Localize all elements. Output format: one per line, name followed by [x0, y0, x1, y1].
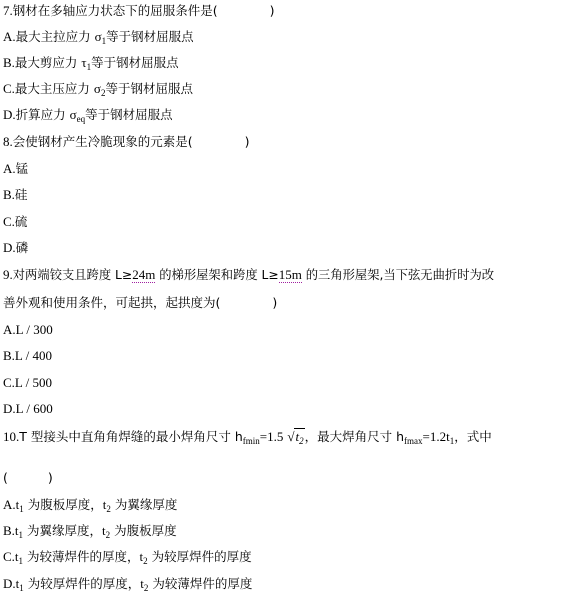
- text-segment: A.: [3, 497, 16, 512]
- text-segment: 硫: [15, 214, 28, 229]
- text-segment: fmax: [404, 436, 423, 446]
- text-segment: 最大剪应力: [15, 55, 78, 70]
- text-segment: L / 400: [15, 348, 52, 363]
- text-segment: eq: [77, 114, 86, 124]
- text-segment: 的梯形屋架和跨度 L≥: [155, 268, 278, 282]
- text-segment: 为翼缘厚度: [111, 497, 177, 512]
- text-segment: 最大主压应力: [15, 81, 90, 96]
- text-segment: 8.: [3, 134, 13, 149]
- text-segment: 锰: [16, 161, 29, 176]
- question-8-option-d: D.磷: [3, 240, 28, 256]
- text-segment: 10.: [3, 429, 19, 444]
- text-segment: 为较厚焊件的厚度，: [24, 576, 140, 591]
- text-segment: B.: [3, 523, 15, 538]
- text-segment: σ: [94, 81, 101, 96]
- question-7-option-c: C.最大主压应力 σ2等于钢材屈服点: [3, 81, 193, 101]
- text-segment: 为较厚焊件的厚度: [148, 549, 252, 564]
- question-7-stem: 7.钢材在多轴应力状态下的屈服条件是(): [3, 3, 275, 19]
- text-segment: 善外观和使用条件，可起拱，起拱度为(: [3, 295, 220, 310]
- text-segment: D.: [3, 107, 16, 122]
- question-10-option-d: D.t1 为较厚焊件的厚度，t2 为较薄焊件的厚度: [3, 576, 252, 596]
- span-15m-spellcheck: 15m: [279, 267, 302, 283]
- text-segment: ，式中: [454, 429, 492, 444]
- question-10-stem: 10.T 型接头中直角角焊缝的最小焊角尺寸 hfmin=1.5 √t2，最大焊角…: [3, 429, 492, 449]
- text-segment: 为翼缘厚度，: [23, 523, 102, 538]
- text-segment: 的三角形屋架,当下弦无曲折时为改: [302, 268, 494, 282]
- text-segment: 折算应力: [16, 107, 66, 122]
- question-10-paren: (): [3, 470, 53, 486]
- question-7-option-b: B.最大剪应力 τ1等于钢材屈服点: [3, 55, 179, 75]
- question-8-stem: 8.会使钢材产生冷脆现象的元素是(): [3, 134, 250, 150]
- text-segment: A.: [3, 322, 16, 337]
- question-10-option-b: B.t1 为翼缘厚度，t2 为腹板厚度: [3, 523, 177, 543]
- text-segment: C.: [3, 549, 15, 564]
- text-segment: A.: [3, 29, 16, 44]
- question-9-option-d: D.L / 600: [3, 401, 53, 417]
- text-segment: ): [272, 295, 277, 310]
- text-segment: L / 500: [15, 375, 52, 390]
- span-24m-spellcheck: 24m: [132, 267, 155, 283]
- text-segment: 会使钢材产生冷脆现象的元素是(: [13, 134, 193, 149]
- question-8-option-c: C.硫: [3, 214, 27, 230]
- text-segment: A.: [3, 161, 16, 176]
- question-8-option-b: B.硅: [3, 187, 27, 203]
- text-segment: =1.5: [260, 429, 284, 444]
- question-7-option-d: D.折算应力 σeq等于钢材屈服点: [3, 107, 173, 127]
- text-segment: C.: [3, 81, 15, 96]
- question-8-option-a: A.锰: [3, 161, 28, 177]
- text-segment: =1.2t: [423, 429, 450, 444]
- text-segment: 等于钢材屈服点: [106, 29, 194, 44]
- text-segment: fmin: [243, 436, 260, 446]
- question-10-option-a: A.t1 为腹板厚度，t2 为翼缘厚度: [3, 497, 177, 517]
- text-segment: ): [48, 470, 53, 485]
- question-9-stem-line1: 9.对两端铰支且跨度 L≥24m 的梯形屋架和跨度 L≥15m 的三角形屋架,当…: [3, 267, 494, 283]
- question-7-option-a: A.最大主拉应力 σ1等于钢材屈服点: [3, 29, 194, 49]
- text-segment: 等于钢材屈服点: [85, 107, 173, 122]
- text-segment: B.: [3, 55, 15, 70]
- text-segment: L / 600: [16, 401, 53, 416]
- text-segment: 等于钢材屈服点: [105, 81, 193, 96]
- question-9-stem-line2: 善外观和使用条件，可起拱，起拱度为(): [3, 295, 277, 311]
- text-segment: L / 300: [16, 322, 53, 337]
- text-segment: 7.: [3, 3, 13, 18]
- text-segment: D.: [3, 401, 16, 416]
- text-segment: C.: [3, 214, 15, 229]
- text-segment: 为较薄焊件的厚度，: [23, 549, 139, 564]
- question-9-option-a: A.L / 300: [3, 322, 53, 338]
- text-segment: 等于钢材屈服点: [91, 55, 179, 70]
- text-segment: ，最大焊角尺寸 h: [305, 429, 404, 444]
- text-segment: 为较薄焊件的厚度: [148, 576, 252, 591]
- question-9-option-c: C.L / 500: [3, 375, 52, 391]
- text-segment: σ: [70, 107, 77, 122]
- text-segment: C.: [3, 375, 15, 390]
- text-segment: T 型接头中直角角焊缝的最小焊角尺寸 h: [19, 429, 243, 444]
- text-segment: 9.: [3, 267, 13, 282]
- text-segment: σ: [95, 29, 102, 44]
- text-segment: D.: [3, 240, 16, 255]
- text-segment: ): [270, 3, 275, 18]
- text-segment: 钢材在多轴应力状态下的屈服条件是(: [13, 3, 218, 18]
- question-10-option-c: C.t1 为较薄焊件的厚度，t2 为较厚焊件的厚度: [3, 549, 252, 569]
- text-segment: 为腹板厚度，: [24, 497, 103, 512]
- sqrt-formula: √t2: [287, 428, 304, 444]
- text-segment: 最大主拉应力: [16, 29, 91, 44]
- text-segment: 磷: [16, 240, 29, 255]
- text-segment: D.: [3, 576, 16, 591]
- text-segment: 对两端铰支且跨度 L≥: [13, 268, 132, 282]
- question-9-option-b: B.L / 400: [3, 348, 52, 364]
- text-segment: (: [3, 470, 8, 485]
- text-segment: ): [245, 134, 250, 149]
- text-segment: 为腹板厚度: [110, 523, 176, 538]
- text-segment: B.: [3, 348, 15, 363]
- text-segment: 硅: [15, 187, 28, 202]
- text-segment: B.: [3, 187, 15, 202]
- text-segment: 2: [299, 436, 304, 446]
